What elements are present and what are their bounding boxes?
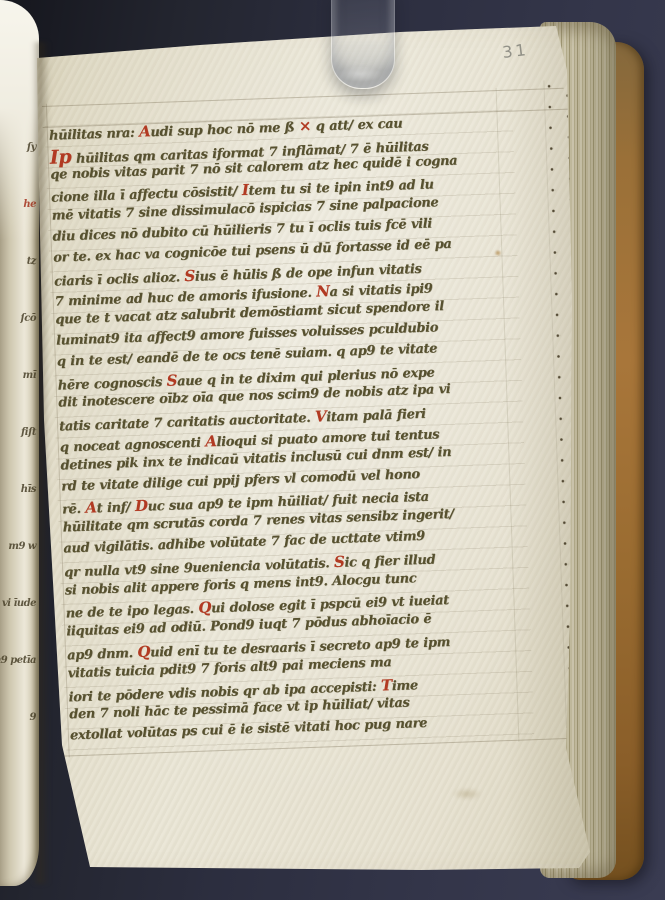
ink-segment: q att/ ex cau [311, 116, 403, 134]
ink-segment: rē. [62, 502, 86, 518]
manuscript-photo: ſyhetzſcōmīfiſthīsm9 wvi īudean9 petīa9 … [0, 0, 665, 900]
ink-segment: udi sup hoc nō me ß [150, 120, 299, 140]
ink-segment: ic q fier illud [344, 552, 435, 570]
facing-page-fragment: an9 petīa [0, 655, 36, 666]
rubric-segment: D [135, 497, 148, 515]
rubric-segment: N [316, 282, 330, 300]
ink-segment: itam palā fieri [326, 407, 426, 425]
parchment-stain [494, 250, 502, 256]
page-weight-clamp [331, 0, 395, 89]
ink-segment: ciaris ī oclis alioz. [54, 270, 185, 290]
facing-page-fragment: vi īude [2, 598, 36, 609]
rubric-segment: A [205, 432, 217, 450]
ink-segment: t inf/ [96, 500, 135, 516]
ink-segment: ime [392, 678, 418, 694]
rubric-segment: × [299, 117, 312, 135]
rubric-segment: Ip [49, 146, 71, 169]
ruling-line-top-1 [42, 88, 564, 107]
ruling-bound-outer [543, 80, 567, 728]
ink-segment: ne de te ipo legas. [65, 602, 198, 622]
page-writing-area: hūilitas nra: Audi sup hoc nō me ß × q a… [40, 31, 614, 890]
parchment-stain [452, 788, 482, 800]
ink-segment: ap9 dnm. [67, 646, 138, 663]
rubric-segment: S [184, 266, 195, 284]
ink-segment: hēre cognoscis [57, 374, 166, 393]
gutter-shadow [32, 42, 50, 884]
ink-segment: a si vitatis ipi9 [329, 282, 432, 301]
rubric-segment: A [85, 499, 97, 517]
rubric-segment: Q [137, 642, 150, 660]
manuscript-page: hūilitas nra: Audi sup hoc nō me ß × q a… [0, 0, 665, 900]
ink-segment: q noceat agnoscenti [60, 435, 206, 455]
ink-segment: hūilitas nra: [49, 126, 140, 144]
text-block: hūilitas nra: Audi sup hoc nō me ß × q a… [49, 110, 532, 750]
page-number: 31 [501, 40, 529, 62]
